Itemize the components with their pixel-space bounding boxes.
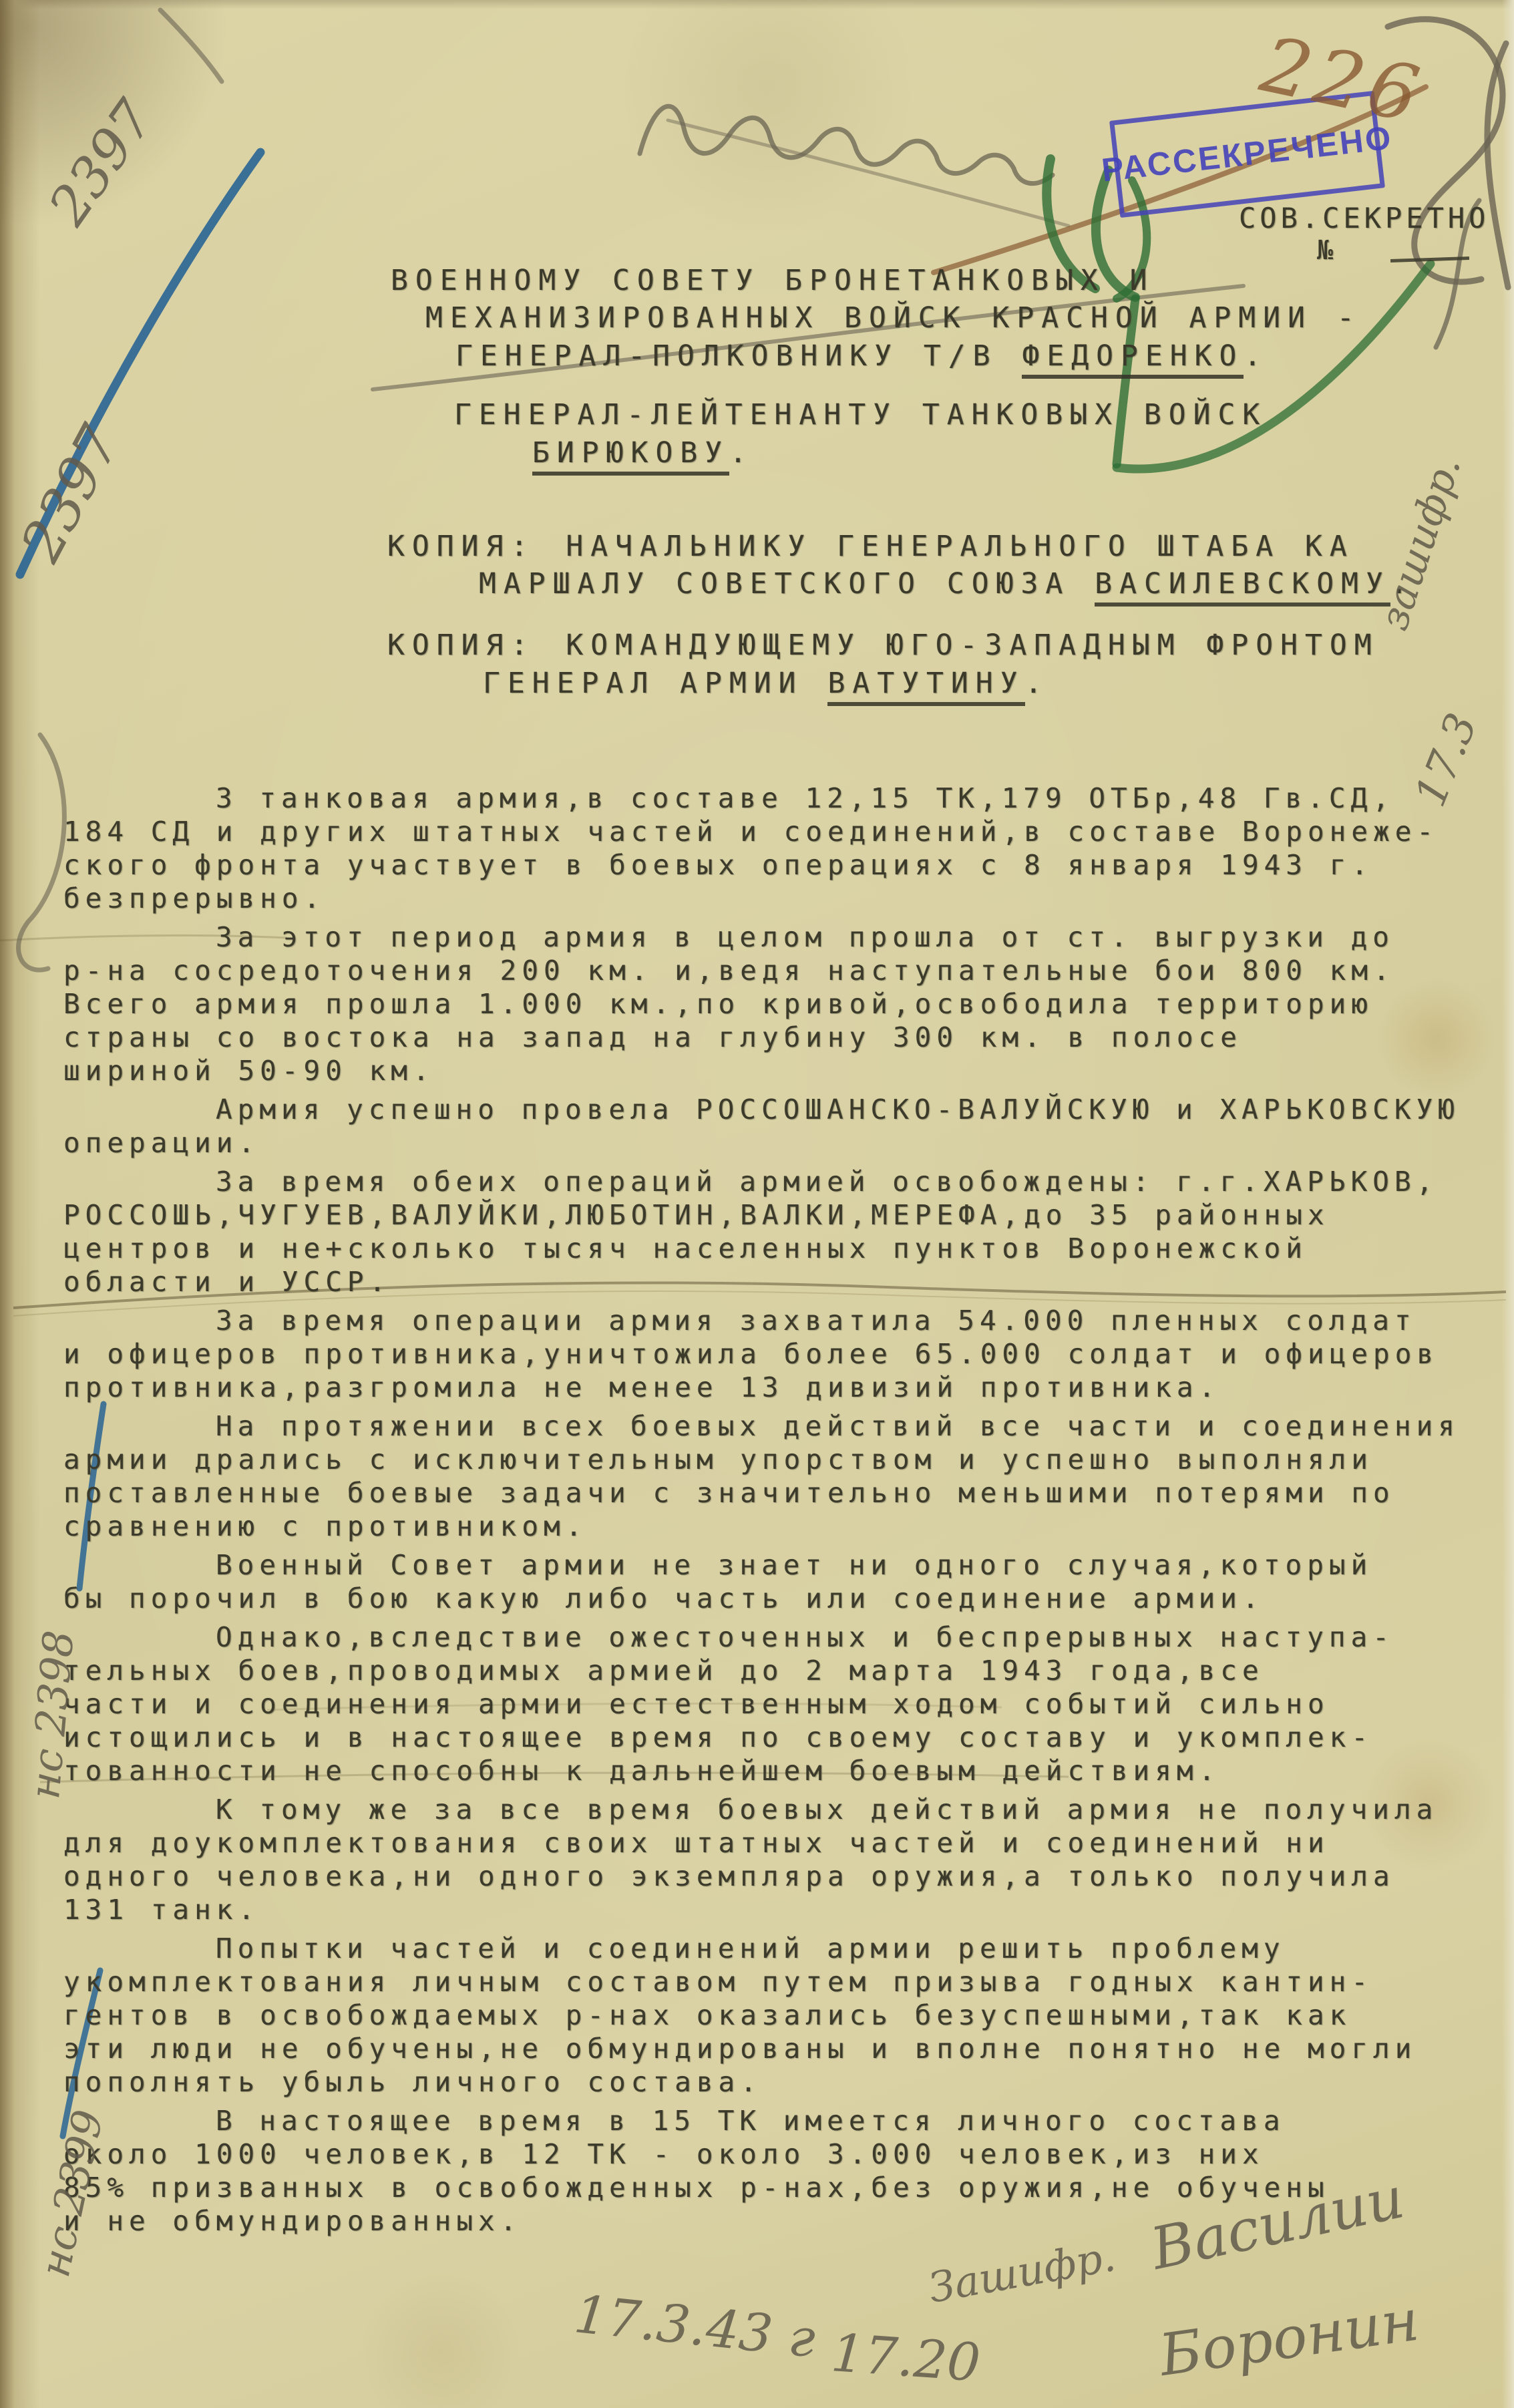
typed-paragraph-5: За время операции армия захватила 54.000… (63, 1304, 1499, 1404)
addressee-2-period: . (729, 436, 754, 470)
margin-number-top-left: 2397 (37, 89, 166, 236)
addressee-1-rank: ГЕНЕРАЛ-ПОЛКОВНИКУ Т/В (455, 339, 1022, 373)
bottom-date: 17.3.43 г (572, 2284, 818, 2369)
document-number-dash (1390, 256, 1469, 263)
pencil-scribble-top (640, 106, 1053, 184)
addressee-1-line-3: ГЕНЕРАЛ-ПОЛКОВНИКУ Т/В ФЕДОРЕНКО. (455, 337, 1268, 375)
copy-2-period: . (1025, 667, 1050, 700)
typed-paragraph-9: К тому же за все время боевых действий а… (63, 1793, 1499, 1926)
copy-1-label: КОПИЯ: (387, 530, 535, 563)
copy-1-line-2: МАРШАЛУ СОВЕТСКОГО СОЮЗА ВАСИЛЕВСКОМУ. (479, 565, 1415, 603)
copy-2-line-1: КОПИЯ:КОМАНДУЮЩЕМУ ЮГО-ЗАПАДНЫМ ФРОНТОМ (387, 627, 1379, 664)
typed-paragraph-2: За этот период армия в целом прошла от с… (63, 920, 1499, 1087)
typed-paragraph-7: Военный Совет армии не знает ни одного с… (63, 1548, 1499, 1615)
addressee-1-line-2: МЕХАНИЗИРОВАННЫХ ВОЙСК КРАСНОЙ АРМИИ - (425, 299, 1362, 337)
copy-1-name: ВАСИЛЕВСКОМУ (1095, 567, 1390, 607)
document-number-label: № (1317, 235, 1333, 266)
copy-2-label: КОПИЯ: (387, 629, 535, 662)
addressee-1-line-1: ВОЕННОМУ СОВЕТУ БРОНЕТАНКОВЫХ И (391, 262, 1155, 299)
copy-2-text: КОМАНДУЮЩЕМУ ЮГО-ЗАПАДНЫМ ФРОНТОМ (566, 629, 1378, 662)
typed-paragraph-4: За время обеих операций армией освобожде… (63, 1165, 1499, 1299)
typed-paragraph-8: Однако,вследствие ожесточенных и беспрер… (63, 1620, 1499, 1787)
bottom-time: 17.20 (829, 2323, 982, 2393)
typed-paragraph-10: Попытки частей и соединений армии решить… (63, 1932, 1499, 2099)
margin-number-left-upper: 2397 (8, 415, 133, 572)
declassified-stamp-text: РАССЕКРЕЧЕНО (1100, 119, 1394, 189)
addressee-2-name: БИРЮКОВУ (532, 436, 729, 476)
copy-1-line-1: КОПИЯ:НАЧАЛЬНИКУ ГЕНЕРАЛЬНОГО ШТАБА КА (387, 528, 1354, 565)
pencil-tick-top-left (160, 10, 222, 81)
copy-1-text: НАЧАЛЬНИКУ ГЕНЕРАЛЬНОГО ШТАБА КА (566, 530, 1354, 563)
typed-paragraph-6: На протяжении всех боевых действий все ч… (63, 1409, 1499, 1543)
right-margin-note: зашифр. (1370, 451, 1471, 636)
copy-1-rank: МАРШАЛУ СОВЕТСКОГО СОЮЗА (479, 567, 1095, 600)
pencil-flourish-left (19, 735, 65, 970)
addressee-1-name: ФЕДОРЕНКО (1022, 339, 1244, 379)
secrecy-heading: СОВ.СЕКРЕТНО (1239, 202, 1489, 234)
typed-paragraph-3: Армия успешно провела РОССОШАНСКО-ВАЛУЙС… (63, 1093, 1499, 1160)
copy-2-line-2: ГЕНЕРАЛ АРМИИ ВАТУТИНУ. (483, 665, 1049, 702)
pencil-signature-top-right-2 (1487, 43, 1508, 287)
bottom-signature-line-2: Боронин (1155, 2287, 1423, 2389)
copy-2-name: ВАТУТИНУ (827, 667, 1024, 706)
pencil-line-tail (668, 120, 1069, 226)
document-body: З танковая армия,в составе 12,15 ТК,179 … (63, 782, 1499, 2243)
bottom-note-encrypted: Зашифр. (925, 2232, 1119, 2312)
document-page: РАССЕКРЕЧЕНО СОВ.СЕКРЕТНО № ВОЕННОМУ СОВ… (0, 0, 1514, 2408)
typed-paragraph-1: З танковая армия,в составе 12,15 ТК,179 … (63, 782, 1499, 915)
addressee-1-period: . (1244, 339, 1268, 373)
addressee-2-line-2: БИРЮКОВУ. (532, 434, 754, 472)
copy-2-rank: ГЕНЕРАЛ АРМИИ (483, 667, 827, 700)
addressee-2-line-1: ГЕНЕРАЛ-ЛЕЙТЕНАНТУ ТАНКОВЫХ ВОЙСК (454, 396, 1267, 434)
